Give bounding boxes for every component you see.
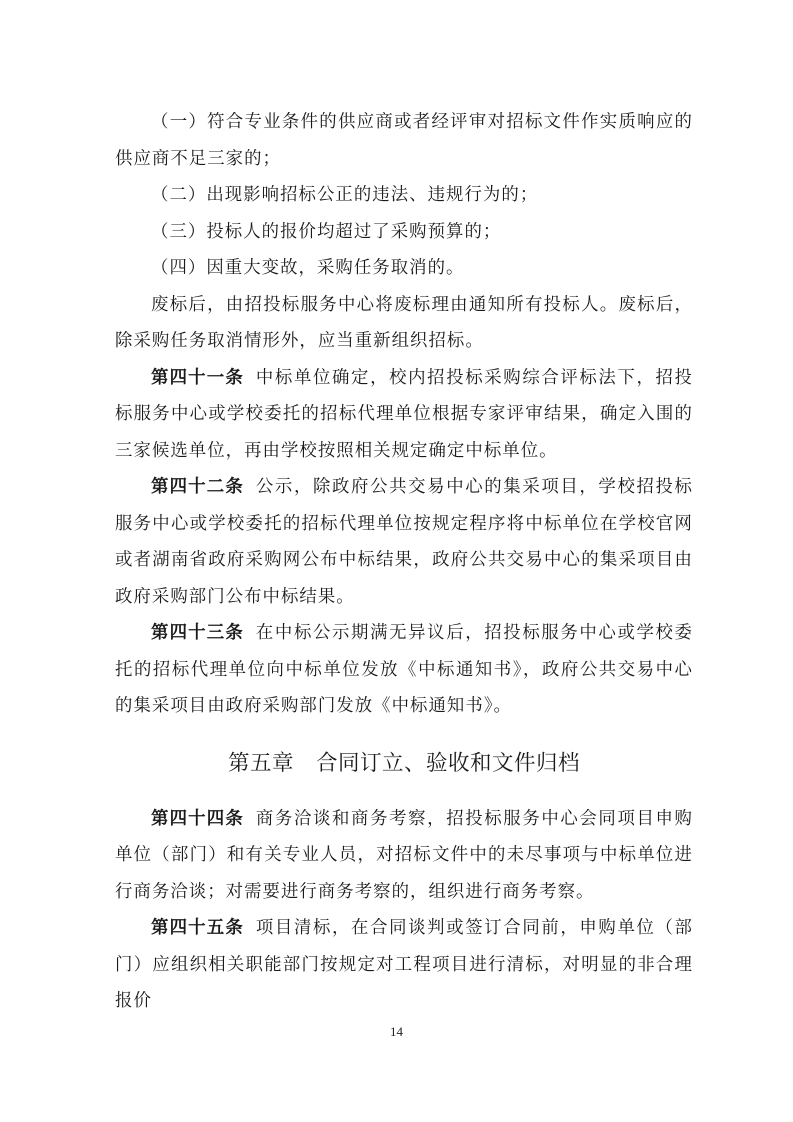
chapter-number: 第五章 — [228, 751, 294, 776]
article-45: 第四十五条项目清标，在合同谈判或签订合同前，申购单位（部门）应组织相关职能部门按… — [115, 910, 693, 1020]
page-body: （一）符合专业条件的供应商或者经评审对招标文件作实质响应的供应商不足三家的； （… — [115, 104, 693, 1020]
chapter-heading: 第五章合同订立、验收和文件归档 — [115, 749, 693, 779]
clause-2: （二）出现影响招标公正的违法、违规行为的； — [115, 177, 693, 214]
page-number: 14 — [0, 1024, 793, 1040]
bid-void-paragraph: 废标后，由招投标服务中心将废标理由通知所有投标人。废标后，除采购任务取消情形外，… — [115, 287, 693, 360]
article-44: 第四十四条商务洽谈和商务考察，招投标服务中心会同项目申购单位（部门）和有关专业人… — [115, 801, 693, 911]
article-43: 第四十三条在中标公示期满无异议后，招投标服务中心或学校委托的招标代理单位向中标单… — [115, 615, 693, 725]
article-42: 第四十二条公示，除政府公共交易中心的集采项目，学校招投标服务中心或学校委托的招标… — [115, 469, 693, 615]
clause-3: （三）投标人的报价均超过了采购预算的； — [115, 214, 693, 251]
article-label: 第四十一条 — [151, 368, 244, 388]
article-label: 第四十二条 — [151, 477, 244, 497]
document-page: （一）符合专业条件的供应商或者经评审对招标文件作实质响应的供应商不足三家的； （… — [0, 0, 793, 1122]
article-label: 第四十四条 — [151, 809, 244, 829]
article-label: 第四十五条 — [151, 918, 244, 938]
clause-4: （四）因重大变故，采购任务取消的。 — [115, 250, 693, 287]
chapter-title: 合同订立、验收和文件归档 — [316, 751, 580, 776]
article-label: 第四十三条 — [151, 623, 244, 643]
clause-1: （一）符合专业条件的供应商或者经评审对招标文件作实质响应的供应商不足三家的； — [115, 104, 693, 177]
article-41: 第四十一条中标单位确定，校内招投标采购综合评标法下，招投标服务中心或学校委托的招… — [115, 360, 693, 470]
